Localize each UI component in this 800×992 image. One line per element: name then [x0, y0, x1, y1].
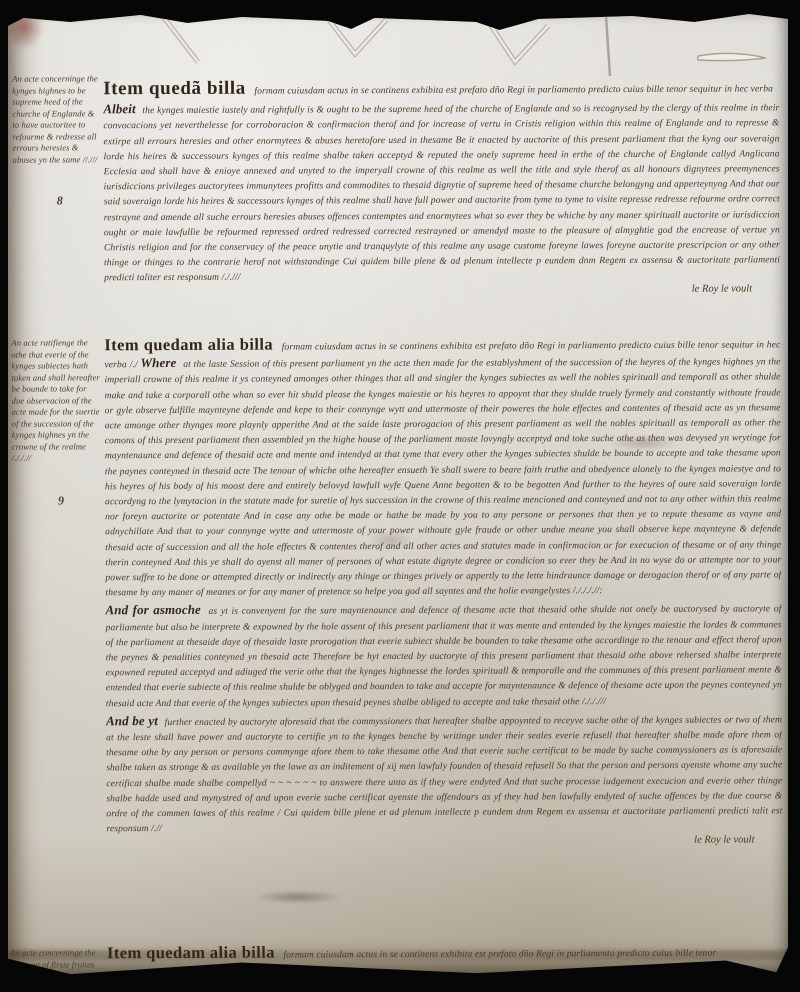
membrane-number-9: 9: [58, 493, 64, 508]
act-body-text: at the laste Session of this present par…: [104, 357, 781, 599]
parchment-membrane: An acte concerninge the kynges highnes t…: [8, 10, 788, 976]
paragraph-initial-word: Where: [140, 355, 180, 370]
manuscript-photo: An acte concerninge the kynges highnes t…: [0, 0, 800, 992]
act-body-text: the kynges maiestie iustely and rightful…: [103, 103, 780, 269]
bill-heading-latin: Item quedam alia billa: [104, 335, 279, 355]
margin-note-first-fruites: An acte concerninge the payment of first…: [10, 947, 100, 970]
paragraph-initial-word: And for asmoche: [105, 602, 204, 617]
membrane-number-8: 8: [57, 193, 63, 208]
bill-intro-latin: formam cuiusdam actus in se continens ex…: [283, 948, 716, 961]
act-body-text: as yt is convenyent for the sure maynten…: [106, 604, 782, 709]
act-section-first-fruites: Item quedam alia billa formam cuiusdam a…: [107, 942, 783, 975]
bill-heading-latin: Item quedã billa: [103, 78, 252, 99]
act-section-succession-oath: Item quedam alia billa formam cuiusdam a…: [104, 334, 783, 953]
act-body-text: further enacted by auctoryte aforesaid t…: [106, 714, 782, 819]
royal-assent-le-roy-le-voult: le Roy le voult: [106, 834, 782, 848]
bill-intro-latin: formam cuiusdam actus in se continens ex…: [254, 83, 773, 96]
paragraph-initial-word: Albeit: [103, 101, 139, 116]
paragraph-initial-word: And be yt: [106, 713, 162, 728]
act-section-supremacy: Item quedã billa formam cuiusdam actus i…: [103, 78, 780, 335]
manuscript-content: An acte concerninge the kynges highnes t…: [6, 8, 790, 977]
margin-note-supremacy: An acte concerninge the kynges highnes t…: [12, 73, 102, 165]
bill-heading-latin: Item quedam alia billa: [107, 943, 281, 963]
margin-note-succession-oath: An acte ratifienge the othe that everie …: [11, 337, 102, 464]
